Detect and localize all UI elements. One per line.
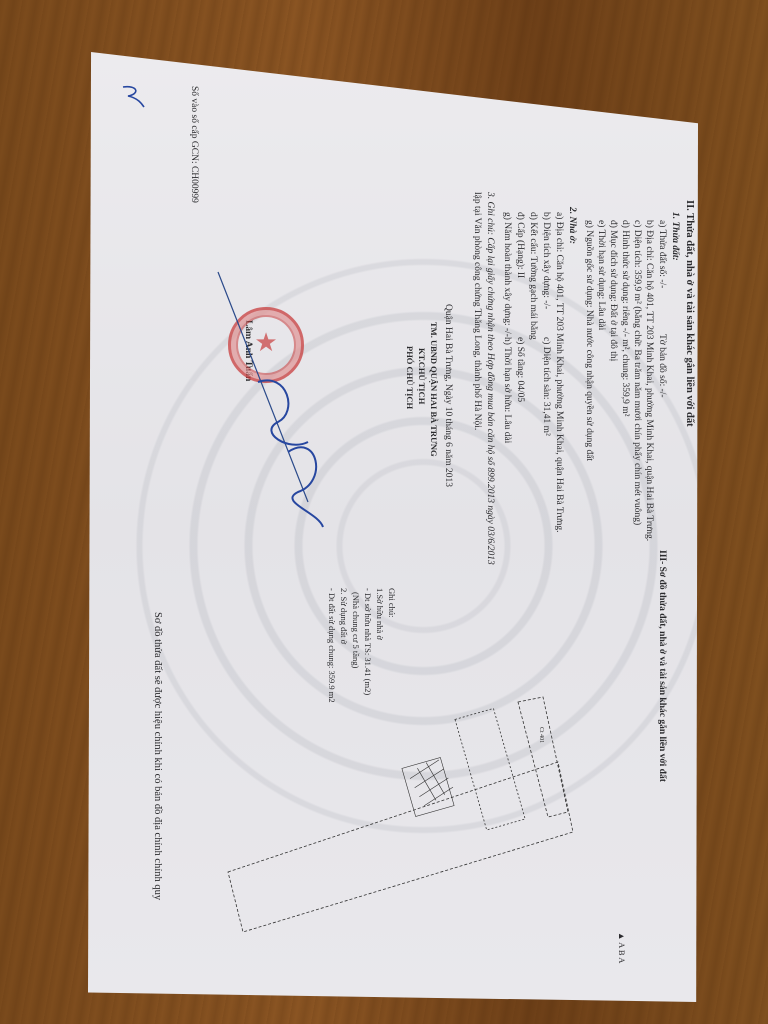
signature-scribble <box>198 252 338 532</box>
section-iii-title: III- Sơ đồ thửa đất, nhà ở và tài sản kh… <box>655 550 668 782</box>
section-ii-title: II. Thửa đất, nhà ở và tài sản khác gắn … <box>682 200 696 427</box>
land-a: a) Thửa đất số: -/- <box>655 220 668 288</box>
land-d: d) Hình thức sử dụng: riêng -/- m², chun… <box>618 220 631 416</box>
north-arrow-icon: ▲ <box>617 932 627 942</box>
legend-item-3: (Nhà chung cư 5 tầng) <box>350 592 362 668</box>
north-arrow-labels: ▲ A B A <box>616 932 628 963</box>
house-dd: đ) Cấp (Hạng): II <box>513 212 526 278</box>
diagram-footer-note: Sơ đồ thửa đất sẽ được hiệu chỉnh khi có… <box>150 612 164 900</box>
land-g: g) Nguồn gốc sử dụng: Nhà nước công nhận… <box>582 220 595 461</box>
registry-label: Số vào sổ cấp GCN: CH00999 <box>187 86 200 203</box>
land-e: e) Thời hạn sử dụng: Lâu dài <box>594 220 607 330</box>
signing-org: TM. UBND QUẬN HAI BÀ TRƯNG <box>428 322 440 457</box>
house-h: h) Thời hạn sở hữu: Lâu dài <box>500 337 513 443</box>
land-heading: 1. Thửa đất: <box>668 212 681 261</box>
plot-diagram: Ct 401 <box>218 662 638 942</box>
initial-mark <box>118 82 148 110</box>
house-c: c) Diện tích sàn: 31,41 m² <box>539 337 552 436</box>
house-b: b) Diện tích xây dựng: -/- <box>539 212 552 309</box>
land-map-sheet: Tờ bản đồ số: -/- <box>655 334 668 398</box>
signing-role: PHÓ CHỦ TỊCH <box>404 346 416 409</box>
diagram-unit-label: Ct 401 <box>538 727 544 743</box>
legend-item-4: 2. Sử dụng đất ở <box>338 588 350 644</box>
legend-item-1: 1.Sở hữu nhà ở <box>374 588 386 640</box>
certificate-page: II. Thửa đất, nhà ở và tài sản khác gắn … <box>88 52 698 1002</box>
house-g: g) Năm hoàn thành xây dựng: -/- <box>500 212 513 337</box>
note-line-2: lập tại Văn phòng công chứng Thăng Long,… <box>470 192 483 430</box>
house-heading: 2. Nhà ở: <box>565 207 578 244</box>
land-dd: đ) Mục đích sử dụng: Đất ở tại đô thị <box>606 220 619 361</box>
house-a: a) Địa chỉ: Căn hộ 401, TT 203 Minh Khai… <box>552 212 565 533</box>
signing-kt: KT.CHỦ TỊCH <box>416 348 428 404</box>
house-d: d) Kết cấu: Tường gạch mái bằng <box>526 212 539 340</box>
land-b: b) Địa chỉ: Căn hộ 401, TT 203 Minh Khai… <box>642 220 655 541</box>
land-c: c) Diện tích: 359,9 m² (bằng chữ: Ba tră… <box>630 220 643 525</box>
note-line-1: 3. Ghi chú: Cấp lại giấy chứng nhận theo… <box>483 192 496 565</box>
house-e: e) Số tầng: 04/05 <box>513 337 526 402</box>
legend-title: Ghi chú: <box>386 588 398 618</box>
place-date: Quận Hai Bà Trưng, Ngày 10 tháng 6 năm 2… <box>441 304 454 487</box>
